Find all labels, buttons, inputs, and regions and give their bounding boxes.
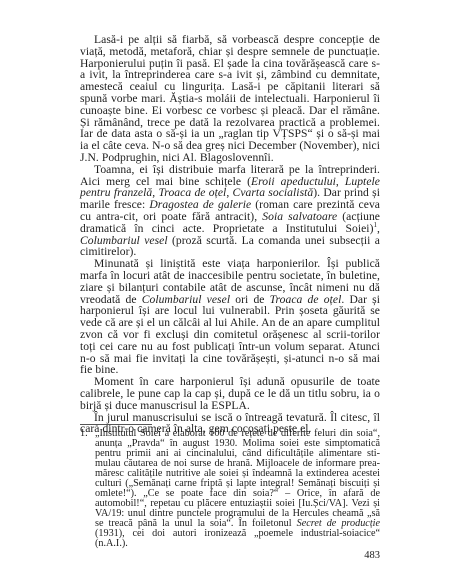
paragraph: Toamna, ei își distribuie marfa literară… <box>80 164 380 258</box>
page-number: 483 <box>362 550 380 561</box>
text-run: (1931), cei doi autori ironizează „poeme… <box>95 528 380 549</box>
footnote-separator <box>80 424 152 425</box>
page-body: Lasă-i pe alții să fiarbă, să vorbească … <box>80 34 380 435</box>
text-run: Lasă-i pe alții să fiarbă, să vorbească … <box>80 33 380 164</box>
paragraph: Lasă-i pe alții să fiarbă, să vorbească … <box>80 34 380 164</box>
text-run: „Institutul Soiei a elaborat 100 de rețe… <box>95 428 380 529</box>
paragraph: Minunată și liniștită este viața harponi… <box>80 258 380 376</box>
footnote-text: „Institutul Soiei a elaborat 100 de rețe… <box>95 429 380 549</box>
text-run: . Dar și harponierul își are locul lui v… <box>80 293 380 377</box>
text-run: Moment în care harponierul își adună opu… <box>80 375 380 412</box>
footnote-number: 1. <box>80 429 95 549</box>
footnotes: 1.„Institutul Soiei a elaborat 100 de re… <box>80 429 380 549</box>
body-text: Lasă-i pe alții să fiarbă, să vorbească … <box>80 34 380 435</box>
paragraph: Moment în care harponierul își adună opu… <box>80 376 380 411</box>
footnote-item: 1.„Institutul Soiei a elaborat 100 de re… <box>80 429 380 549</box>
